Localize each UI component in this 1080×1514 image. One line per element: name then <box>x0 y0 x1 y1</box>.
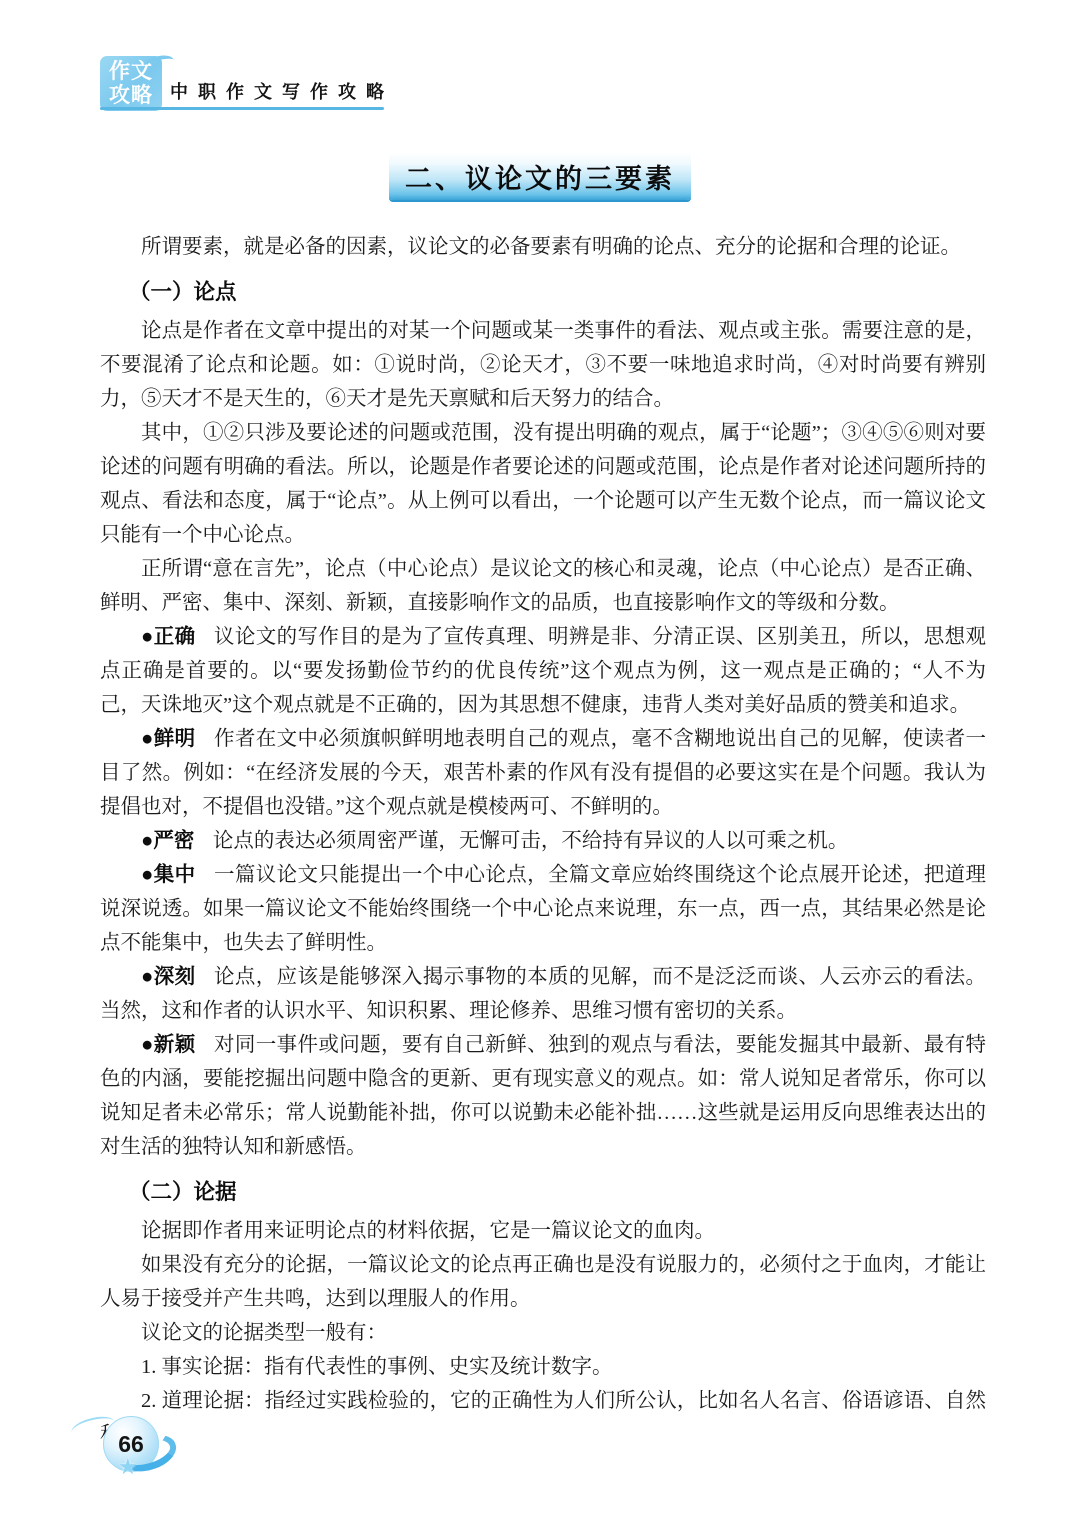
bullet-term: ●正确 <box>141 625 196 648</box>
body-paragraph: 其中，①②只涉及要论述的问题或范围，没有提出明确的观点，属于“论题”；③④⑤⑥则… <box>100 416 986 552</box>
header-rule <box>100 107 384 110</box>
body-paragraph: 议论文的论据类型一般有： <box>100 1316 986 1350</box>
bullet-paragraph: ●新颖对同一事件或问题，要有自己新鲜、独到的观点与看法，要能发掘其中最新、最有特… <box>100 1028 986 1164</box>
series-logo-line2: 攻略 <box>100 84 162 108</box>
chapter-title: 二、议论文的三要素 <box>405 157 675 196</box>
body-paragraph: 如果没有充分的论据，一篇议论文的论点再正确也是没有说服力的，必须付之于血肉，才能… <box>100 1248 986 1316</box>
star-icon: ★ <box>118 1455 138 1480</box>
body-paragraph: 正所谓“意在言先”，论点（中心论点）是议论文的核心和灵魂，论点（中心论点）是否正… <box>100 552 986 620</box>
numbered-item: 1. 事实论据：指有代表性的事例、史实及统计数字。 <box>100 1350 986 1384</box>
bullet-paragraph: ●深刻论点，应该是能够深入揭示事物的本质的见解，而不是泛泛而谈、人云亦云的看法。… <box>100 960 986 1028</box>
body-paragraph: 论点是作者在文章中提出的对某一个问题或某一类事件的看法、观点或主张。需要注意的是… <box>100 314 986 416</box>
bullet-term: ●新颖 <box>141 1033 196 1056</box>
series-logo: 作文 攻略 <box>100 56 162 111</box>
bullet-term: ●深刻 <box>141 965 196 988</box>
numbered-item: 2. 道理论据：指经过实践检验的，它的正确性为人们所公认，比如名人名言、俗语谚语… <box>100 1384 986 1452</box>
bullet-paragraph: ●严密论点的表达必须周密严谨，无懈可击，不给持有异议的人以可乘之机。 <box>100 824 986 858</box>
bullet-term: ●严密 <box>141 829 194 852</box>
bullet-term: ●鲜明 <box>141 727 196 750</box>
bullet-paragraph: ●集中一篇议论文只能提出一个中心论点，全篇文章应始终围绕这个论点展开论述，把道理… <box>100 858 986 960</box>
section-heading: （二）论据 <box>100 1175 986 1209</box>
page-number-badge: 66 ★ <box>103 1416 157 1470</box>
bullet-paragraph: ●鲜明作者在文中必须旗帜鲜明地表明自己的观点，毫不含糊地说出自己的见解，使读者一… <box>100 722 986 824</box>
body-paragraph: 论据即作者用来证明论点的材料依据，它是一篇议论文的血肉。 <box>100 1214 986 1248</box>
chapter-title-banner: 二、议论文的三要素 <box>389 152 691 200</box>
bullet-paragraph: ●正确议论文的写作目的是为了宣传真理、明辨是非、分清正误、区别美丑，所以，思想观… <box>100 620 986 722</box>
book-page: 作文 攻略 中职作文写作攻略 二、议论文的三要素 所谓要素，就是必备的因素，议论… <box>0 0 1080 1514</box>
body-paragraph: 所谓要素，就是必备的因素，议论文的必备要素有明确的论点、充分的论据和合理的论证。 <box>100 230 986 264</box>
book-title: 中职作文写作攻略 <box>170 78 394 104</box>
content: 所谓要素，就是必备的因素，议论文的必备要素有明确的论点、充分的论据和合理的论证。… <box>100 230 986 1452</box>
bullet-term: ●集中 <box>141 863 196 886</box>
logo-swoosh-decoration <box>143 53 175 73</box>
section-heading: （一）论点 <box>100 275 986 309</box>
